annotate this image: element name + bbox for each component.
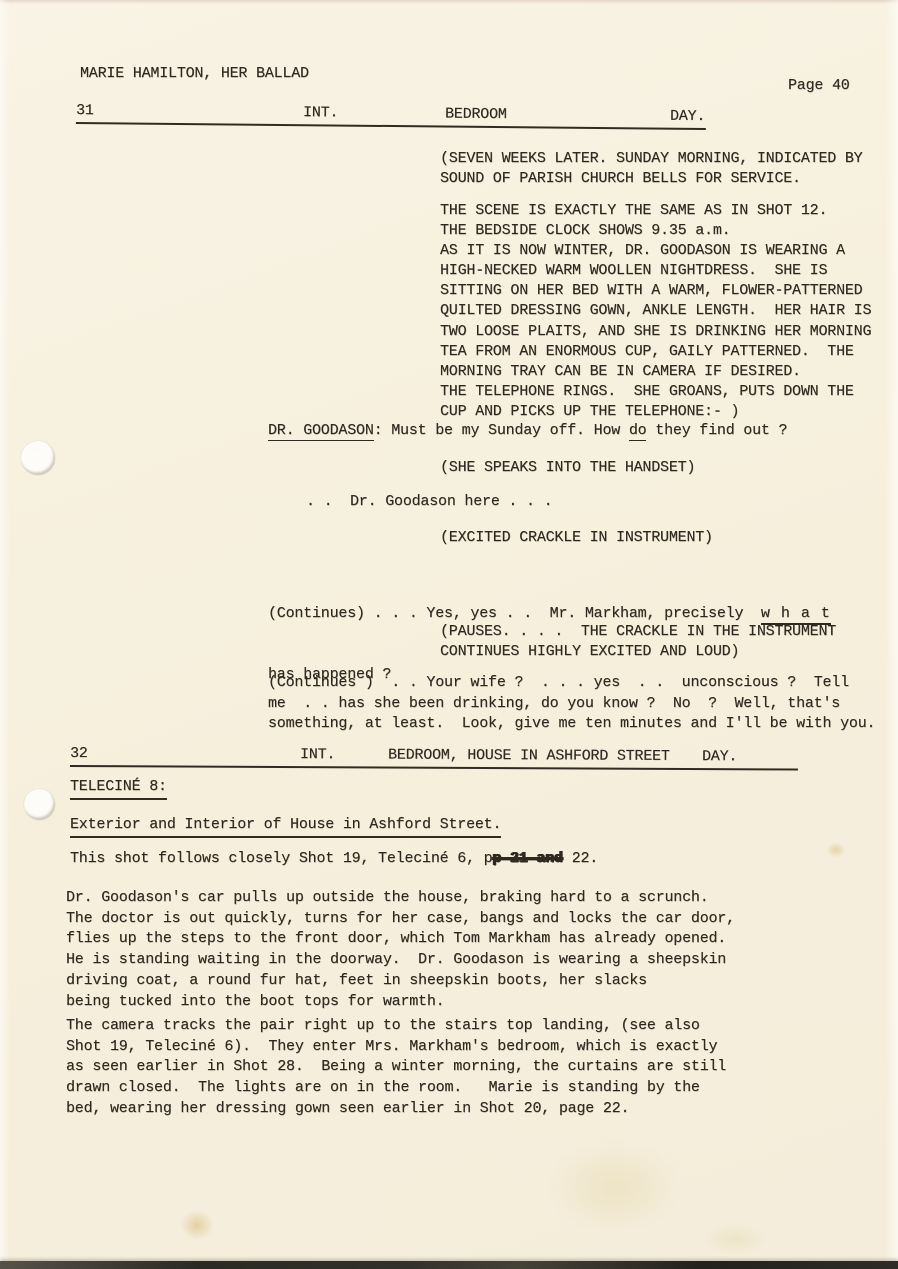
scene-31-direction-intro: (SEVEN WEEKS LATER. SUNDAY MORNING, INDI… xyxy=(440,149,862,190)
stain xyxy=(180,1210,214,1240)
scene-32-number: 32 xyxy=(70,744,88,764)
scene-31-time: DAY. xyxy=(670,107,705,128)
telecine-heading-text: TELECINÉ 8: xyxy=(70,778,167,800)
pauses-direction: (PAUSES. . . . THE CRACKLE IN THE INSTRU… xyxy=(440,622,836,663)
scene-32-time: DAY. xyxy=(702,747,737,768)
dialogue-text: they find out ? xyxy=(646,422,787,439)
scene-31-number: 31 xyxy=(76,101,94,122)
scene-32-action-1: Dr. Goodason's car pulls up outside the … xyxy=(66,888,735,1012)
scene-31-direction-main: THE SCENE IS EXACTLY THE SAME AS IN SHOT… xyxy=(440,201,871,422)
scene-32-subheading-text: Exterior and Interior of House in Ashfor… xyxy=(70,816,501,838)
dialogue-emphasis: do xyxy=(629,422,647,441)
document-title: MARIE HAMILTON, HER BALLAD xyxy=(80,64,309,84)
page-bottom-edge xyxy=(0,1261,898,1269)
dialogue-here: . . Dr. Goodason here . . . xyxy=(306,492,552,512)
script-page: MARIE HAMILTON, HER BALLAD Page 40 31 IN… xyxy=(0,0,898,1269)
scene-32-heading: 32 INT. BEDROOM, HOUSE IN ASHFORD STREET… xyxy=(70,744,798,771)
stain xyxy=(700,1222,770,1256)
scene-32-action-2: The camera tracks the pair right up to t… xyxy=(66,1016,726,1120)
shot-reference-line: This shot follows closely Shot 19, Telec… xyxy=(70,849,598,869)
scene-31-location: BEDROOM xyxy=(445,105,507,126)
shot-reference-text: 22. xyxy=(563,850,598,867)
speaker-name: DR. GOODASON xyxy=(268,422,374,441)
stain xyxy=(545,1140,685,1235)
shot-reference-text: This shot follows closely Shot 19, Telec… xyxy=(70,850,492,867)
dialogue-goodason: DR. GOODASON: Must be my Sunday off. How… xyxy=(268,421,787,441)
telecine-heading: TELECINÉ 8: xyxy=(70,777,167,797)
stain xyxy=(826,842,846,858)
punch-hole-lower xyxy=(24,789,55,820)
scene-31-heading: 31 INT. BEDROOM DAY. xyxy=(76,101,706,130)
scene-32-location: BEDROOM, HOUSE IN ASHFORD STREET xyxy=(388,746,670,768)
scan-right-edge xyxy=(885,0,898,1269)
scene-32-subheading: Exterior and Interior of House in Ashfor… xyxy=(70,815,501,835)
page-number: Page 40 xyxy=(788,76,850,96)
scan-left-edge xyxy=(0,0,10,1269)
scene-32-int: INT. xyxy=(300,745,335,766)
crackle-direction: (EXCITED CRACKLE IN INSTRUMENT) xyxy=(440,528,713,548)
overtyped-text: p 21 and xyxy=(492,850,562,867)
dialogue-text: (Continues) . . . Yes, yes . . Mr. Markh… xyxy=(268,605,761,622)
handset-direction: (SHE SPEAKS INTO THE HANDSET) xyxy=(440,458,695,478)
punch-hole-upper xyxy=(21,441,55,475)
scene-31-int: INT. xyxy=(303,103,338,124)
dialogue-continues-2: (Continues ) . . Your wife ? . . . yes .… xyxy=(268,673,875,735)
dialogue-text: : Must be my Sunday off. How xyxy=(374,422,629,439)
scan-top-edge xyxy=(0,0,898,4)
